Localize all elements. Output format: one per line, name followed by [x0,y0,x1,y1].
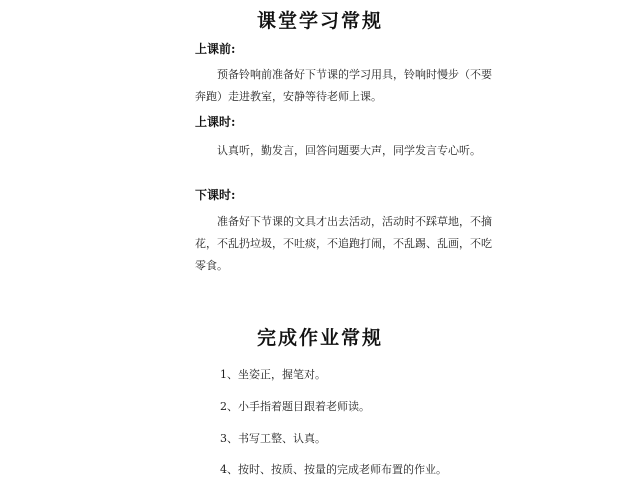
paragraph-during-class: 认真听，勤发言，回答问题要大声，同学发言专心听。 [195,140,495,162]
homework-rule-item: 4、按时、按质、按量的完成老师布置的作业。 [220,461,447,477]
section-title-homework-rules: 完成作业常规 [0,323,640,350]
heading-before-class: 上课前: [195,40,235,57]
paragraph-after-class: 准备好下节课的文具才出去活动，活动时不踩草地，不摘花，不乱扔垃圾，不吐痰，不追跑… [195,211,495,277]
homework-rule-item: 1、坐姿正，握笔对。 [220,366,326,382]
section-title-classroom-rules: 课堂学习常规 [0,6,640,33]
paragraph-before-class: 预备铃响前准备好下节课的学习用具，铃响时慢步（不要奔跑）走进教室，安静等待老师上… [195,64,495,108]
homework-rule-item: 2、小手指着题目跟着老师读。 [220,398,370,414]
heading-during-class: 上课时: [195,113,235,130]
heading-after-class: 下课时: [195,186,235,203]
homework-rule-item: 3、书写工整、认真。 [220,430,326,446]
